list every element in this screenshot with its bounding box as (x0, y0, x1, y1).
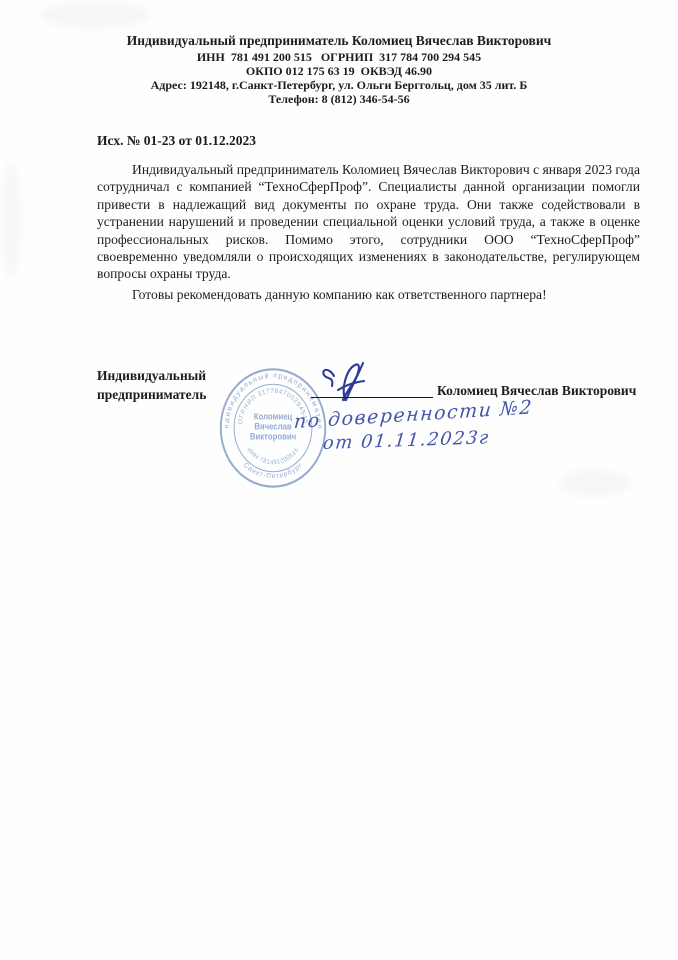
letterhead-address: Адрес: 192148, г.Санкт-Петербург, ул. Ол… (0, 78, 678, 92)
signer-name: Коломиец Вячеслав Викторович (437, 383, 636, 399)
letterhead: Индивидуальный предприниматель Коломиец … (0, 34, 678, 106)
letterhead-okpo-okved: ОКПО 012 175 63 19 ОКВЭД 46.90 (0, 64, 678, 78)
scan-artifact (2, 160, 20, 280)
handwritten-note-line2: от 01.11.2023г (322, 427, 491, 454)
stamp-name-line1: Коломиец (254, 412, 292, 422)
reference-number: Исх. № 01-23 от 01.12.2023 (97, 133, 256, 149)
signer-role-line1: Индивидуальный (97, 366, 206, 385)
letterhead-title: Индивидуальный предприниматель Коломиец … (0, 34, 678, 48)
signer-role-line2: предприниматель (97, 385, 206, 404)
scan-artifact (560, 470, 630, 496)
signature-scribble (318, 360, 388, 402)
signer-role-label: Индивидуальный предприниматель (97, 366, 206, 404)
letter-page: Индивидуальный предприниматель Коломиец … (0, 0, 678, 960)
stamp-name-line2: Вячеслав (254, 422, 291, 432)
paragraph-closing: Готовы рекомендовать данную компанию как… (97, 286, 640, 303)
paragraph-main: Индивидуальный предприниматель Коломиец … (97, 161, 640, 283)
letterhead-inn-ogrnip: ИНН 781 491 200 515 ОГРНИП 317 784 700 2… (0, 50, 678, 64)
signature-ink (318, 360, 388, 402)
scan-artifact (40, 2, 150, 28)
signature-line (311, 397, 433, 398)
letterhead-phone: Телефон: 8 (812) 346-54-56 (0, 92, 678, 106)
stamp-inn-text: ИНН 781491200515 (246, 447, 301, 466)
stamp-name-line3: Викторович (250, 432, 296, 442)
